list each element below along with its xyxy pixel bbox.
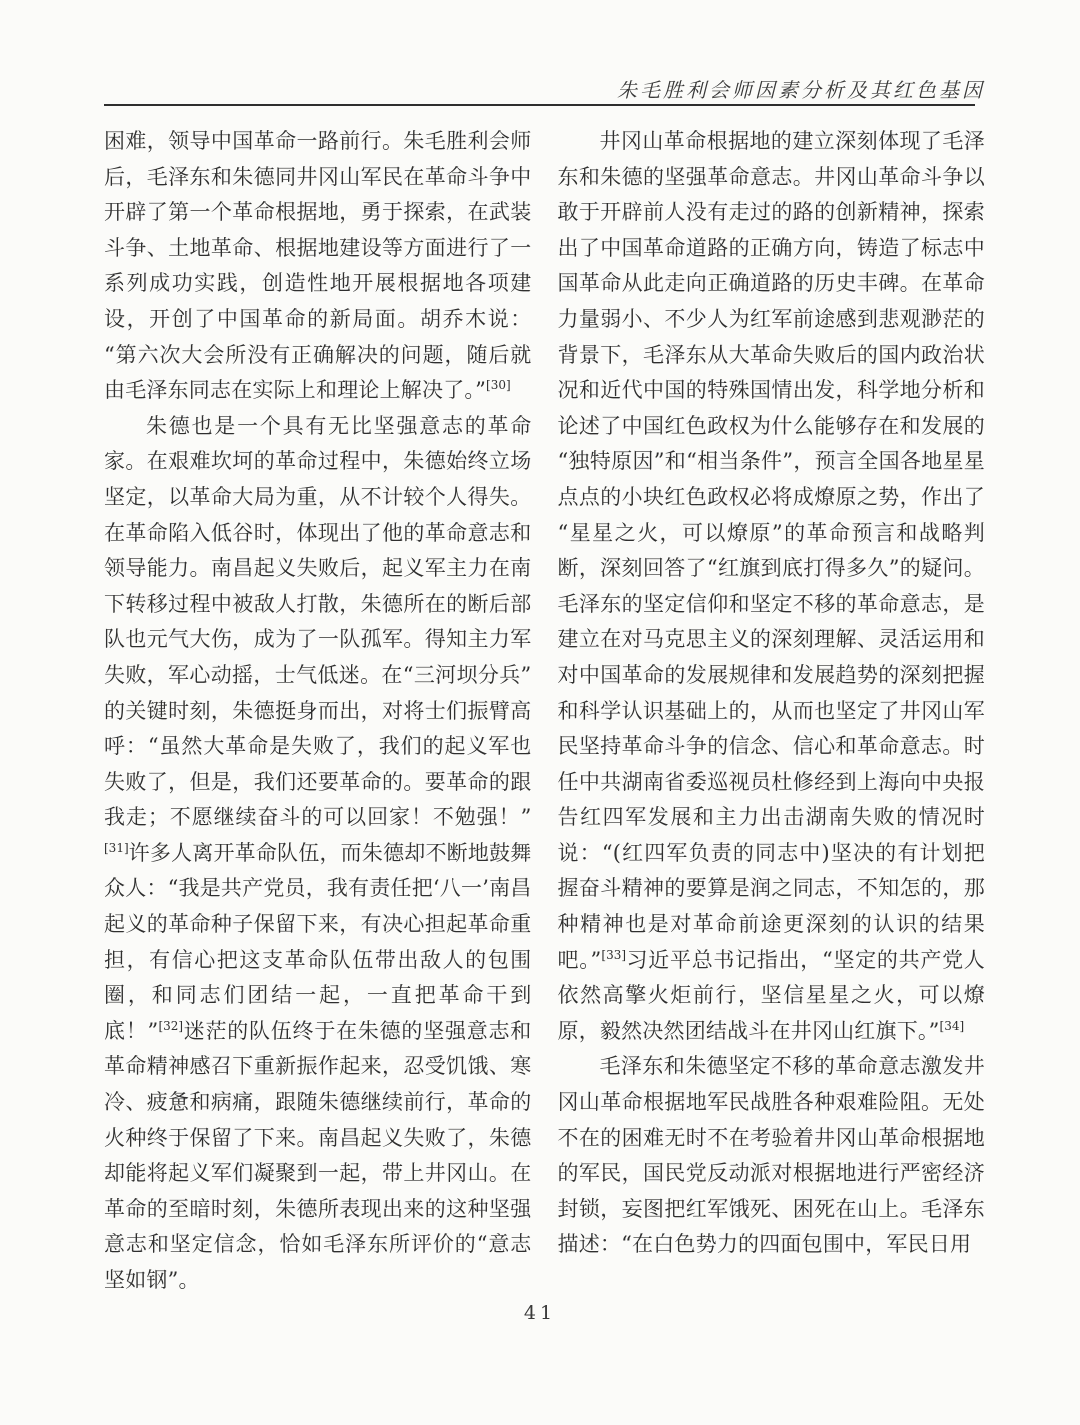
running-title: 朱毛胜利会师因素分析及其红色基因 [617, 74, 985, 103]
header-rule [104, 104, 975, 106]
paragraph: 井冈山革命根据地的建立深刻体现了毛泽东和朱德的坚强革命意志。井冈山革命斗争以敢于… [558, 124, 986, 1049]
paragraph: 毛泽东和朱德坚定不移的革命意志激发井冈山革命根据地军民战胜各种艰难险阻。无处不在… [558, 1049, 986, 1263]
left-column: 困难，领导中国革命一路前行。朱毛胜利会师后，毛泽东和朱德同井冈山军民在革命斗争中… [104, 124, 532, 1299]
citation-ref: [31] [104, 841, 129, 855]
citation-ref: [33] [601, 948, 626, 962]
scanned-article-page: 朱毛胜利会师因素分析及其红色基因 困难，领导中国革命一路前行。朱毛胜利会师后，毛… [0, 0, 1080, 1425]
article-body: 困难，领导中国革命一路前行。朱毛胜利会师后，毛泽东和朱德同井冈山军民在革命斗争中… [104, 124, 985, 1299]
citation-ref: [30] [486, 378, 511, 392]
citation-ref: [34] [940, 1019, 965, 1033]
page-number: 41 [0, 1302, 1080, 1324]
right-column: 井冈山革命根据地的建立深刻体现了毛泽东和朱德的坚强革命意志。井冈山革命斗争以敢于… [558, 124, 986, 1299]
citation-ref: [32] [158, 1019, 183, 1033]
paragraph: 朱德也是一个具有无比坚强意志的革命家。在艰难坎坷的革命过程中，朱德始终立场坚定，… [104, 409, 532, 1299]
paragraph: 困难，领导中国革命一路前行。朱毛胜利会师后，毛泽东和朱德同井冈山军民在革命斗争中… [104, 124, 532, 409]
